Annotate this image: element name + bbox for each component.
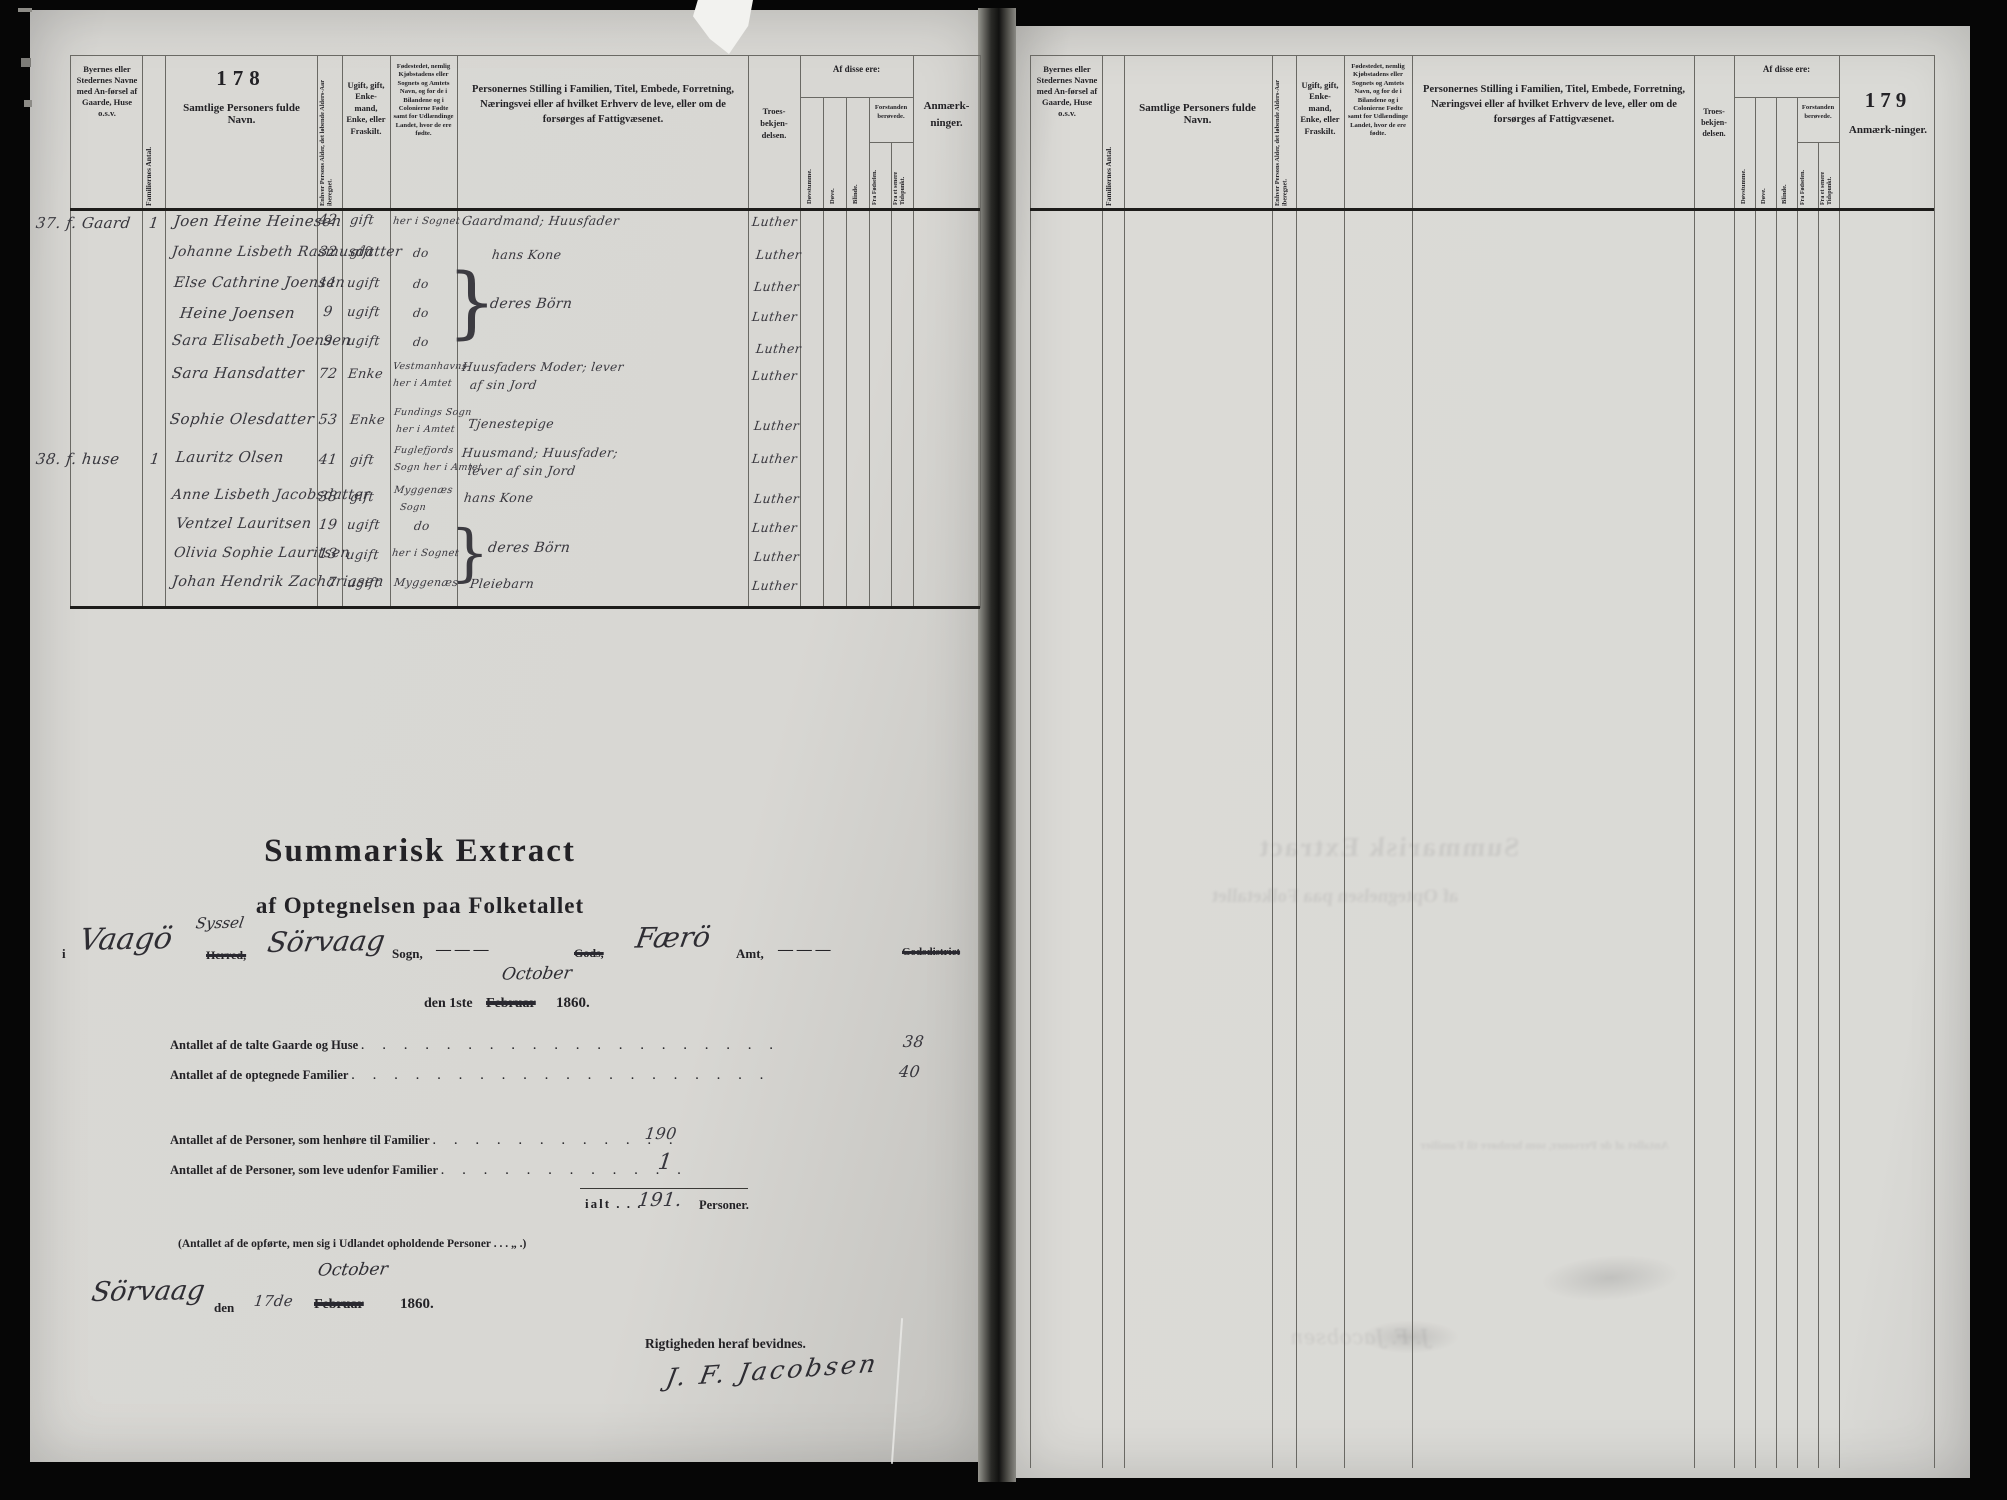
row-age: 72: [315, 366, 341, 382]
row-faith: Luther: [753, 549, 800, 564]
col-header-deaf-mute: Døvstumme.: [806, 106, 818, 204]
extract-herred-struck: Herred,: [206, 948, 246, 963]
row-status: gift: [349, 213, 375, 228]
row-birthplace-2: her i Amtet: [395, 424, 455, 435]
extract-dashes: — — —: [778, 942, 831, 959]
dotted-leader: . . . . . . . . . . . . . . . . . . . .: [352, 1070, 771, 1082]
row-status: gift: [349, 453, 375, 468]
extract-parish-handwritten: Sörvaag: [265, 924, 387, 959]
bleed-through-text: J. F. Jacobsen: [1289, 1325, 1430, 1349]
margin-mark: [18, 8, 32, 12]
right-page-paper: [1012, 26, 1970, 1478]
row-status: Enke: [347, 367, 384, 382]
row-status: ugift: [346, 576, 381, 591]
row-occupation-2: lever af sin Jord: [467, 463, 576, 478]
table-rule: [1272, 55, 1273, 1468]
extract-line-in-families-value: 190: [644, 1124, 678, 1143]
extract-total-label: ialt . . .: [585, 1196, 643, 1212]
table-rule: [1412, 55, 1413, 1468]
table-rule: [869, 97, 870, 608]
extract-date-prefix: den 1ste: [424, 996, 473, 1012]
col-header-names: Samtlige Personers fulde Navn.: [1126, 102, 1269, 126]
row-name: Sara Hansdatter: [171, 364, 305, 382]
bleed-through-text: af Optegnelsen paa Folketallet: [1211, 886, 1459, 908]
table-rule: [1797, 97, 1798, 1468]
col-header-deaf: Døve.: [829, 150, 841, 204]
row-location: 37. f. Gaard: [35, 214, 132, 232]
row-age: 42: [315, 212, 341, 228]
row-age: 9: [315, 304, 341, 320]
row-birthplace: do: [413, 519, 430, 533]
extract-date-year: 1860.: [556, 995, 590, 1012]
extract-gods-struck: Gods,: [574, 946, 604, 961]
row-occupation: Tjenestepige: [467, 416, 555, 431]
table-rule: [1030, 55, 1031, 1468]
extract-line-houses-value: 38: [902, 1032, 926, 1051]
signature-place: Sörvaag: [89, 1275, 207, 1308]
row-occupation: Huusfaders Moder; lever: [461, 360, 625, 374]
bleed-through-text: Antallet af de Personer, som henhøre til…: [1419, 1138, 1669, 1153]
table-rule: [980, 55, 981, 608]
table-header-rule: [1030, 208, 1934, 211]
row-name: Lauritz Olsen: [175, 448, 285, 466]
row-status: gift: [349, 245, 375, 260]
row-occupation-2: af sin Jord: [469, 378, 538, 392]
row-name: Anne Lisbeth Jacobsdatter: [171, 487, 371, 503]
col-header-age: Enhver Persons Alder, det løbende Alders…: [319, 58, 340, 206]
row-faith: Luther: [753, 491, 800, 506]
extract-line-families-value: 40: [898, 1062, 922, 1081]
row-age: 53: [315, 412, 341, 428]
margin-mark: [21, 58, 31, 67]
extract-date-month-above: October: [500, 963, 573, 984]
table-rule: [1102, 55, 1103, 1468]
table-rule: [1934, 55, 1935, 1468]
row-birthplace: Myggenæs: [393, 485, 453, 496]
extract-date-struck: Februar: [486, 996, 536, 1012]
row-status: ugift: [346, 276, 381, 291]
bleed-through-text: Summarisk Extract: [1257, 832, 1520, 863]
table-rule: [70, 55, 980, 56]
extract-line-outside-families-value: 1: [656, 1150, 673, 1175]
row-age: 11: [315, 275, 341, 291]
row-occupation: Pleiebarn: [469, 576, 535, 591]
table-rule: [1734, 97, 1839, 98]
col-header-faith: Troes-bekjen-delsen.: [1694, 106, 1734, 140]
signature-month-struck: Februar: [314, 1297, 364, 1313]
col-header-from-later: Fra et senere Tidspunkt.: [893, 148, 910, 205]
row-age: 13: [315, 546, 341, 562]
col-header-age: Enhver Persons Alder, det løbende Alders…: [1274, 58, 1295, 206]
table-bottom-rule: [70, 606, 980, 609]
row-faith: Luther: [753, 279, 800, 294]
extract-sogn-label: Sogn,: [392, 946, 423, 962]
row-status: ugift: [346, 518, 381, 533]
row-name: Ventzel Lauritsen: [175, 516, 312, 532]
extract-dashes: — — —: [436, 942, 489, 959]
extract-abroad-line: (Antallet af de opførte, men sig i Udlan…: [178, 1238, 526, 1250]
extract-line-outside-families-label: Antallet af de Personer, som leve udenfo…: [170, 1163, 438, 1177]
extract-subtitle: af Optegnelsen paa Folketallet: [180, 893, 660, 919]
extract-title: Summarisk Extract: [180, 833, 660, 870]
scan-smudge: [1539, 1250, 1682, 1306]
row-birthplace-2: her i Amtet: [392, 378, 452, 389]
table-rule: [1344, 55, 1345, 1468]
table-rule: [1694, 55, 1695, 1468]
table-rule: [342, 55, 343, 608]
row-age: 9: [315, 333, 341, 349]
col-header-birthplace: Fødestedet, nemlig Kjøbstadens eller Sog…: [392, 63, 455, 138]
dotted-leader: . . . . . . . . . . . .: [441, 1165, 688, 1177]
shared-occupation-children: deres Börn: [487, 540, 571, 556]
dotted-leader: . . . . . . . . . . . . . . . . . . . .: [361, 1040, 780, 1052]
row-age: 7: [319, 575, 345, 591]
row-age: 41: [315, 452, 341, 468]
signature-day: 17de: [253, 1292, 294, 1310]
row-birthplace: Myggenæs: [393, 576, 459, 589]
page-number-left: 178: [165, 66, 317, 91]
table-rule: [823, 97, 824, 608]
table-rule: [1734, 55, 1735, 1468]
extract-amt-handwritten: Færö: [633, 920, 713, 954]
row-name: Sophie Olesdatter: [169, 410, 315, 428]
col-header-remarks: Anmærk-ninger.: [915, 98, 978, 131]
row-status: Enke: [349, 413, 386, 428]
col-header-of-these: Af disse ere:: [800, 64, 913, 74]
row-faith: Luther: [751, 520, 798, 535]
table-rule: [1755, 97, 1756, 1468]
row-birthplace: Vestmanhavns: [392, 361, 467, 372]
table-rule: [748, 55, 749, 608]
col-header-family-count: Familiernes Antal.: [1105, 100, 1121, 206]
table-rule: [869, 142, 913, 143]
row-location: 38. f. huse: [35, 450, 121, 468]
binding-gutter: [978, 8, 1016, 1482]
row-occupation: hans Kone: [491, 247, 562, 262]
col-header-deaf: Døve.: [1760, 150, 1772, 204]
row-faith: Luther: [751, 309, 798, 324]
extract-line-families: Antallet af de optegnede Familier . . . …: [170, 1068, 910, 1083]
col-header-deaf-mute: Døvstumme.: [1740, 106, 1752, 204]
col-header-blind: Blinde.: [852, 142, 864, 204]
extract-line-in-families: Antallet af de Personer, som henhøre til…: [170, 1133, 690, 1148]
margin-mark: [24, 100, 32, 107]
row-occupation: hans Kone: [463, 490, 534, 505]
col-header-names: Samtlige Personers fulde Navn.: [168, 102, 315, 126]
row-age: 32: [315, 244, 341, 260]
table-rule: [1296, 55, 1297, 1468]
table-rule: [846, 97, 847, 608]
col-header-place: Byernes eller Stedernes Navne med An-før…: [76, 64, 138, 119]
extract-loc-prefix: i: [62, 946, 66, 962]
col-header-family-count: Familiernes Antal.: [145, 100, 161, 206]
row-occupation: Gaardmand; Huusfader: [461, 213, 620, 228]
extract-line-families-label: Antallet af de optegnede Familier: [170, 1068, 348, 1082]
table-rule: [1839, 55, 1840, 1468]
row-name: Heine Joensen: [179, 304, 296, 322]
row-faith: Luther: [751, 578, 798, 593]
extract-district-sup-handwritten: Syssel: [195, 914, 246, 933]
col-header-status: Ugift, gift, Enke-mand, Enke, eller Fras…: [344, 80, 388, 137]
extract-amt-label: Amt,: [736, 946, 764, 962]
col-header-remarks: Anmærk-ninger.: [1845, 122, 1931, 139]
col-header-of-these: Af disse ere:: [1734, 64, 1839, 74]
row-faith: Luther: [755, 341, 802, 356]
row-birthplace: her i Sognet: [392, 216, 461, 227]
row-birthplace: do: [412, 335, 429, 349]
table-rule: [913, 55, 914, 608]
row-faith: Luther: [751, 368, 798, 383]
table-rule: [70, 55, 71, 608]
row-status: gift: [349, 490, 375, 505]
table-rule: [800, 97, 913, 98]
table-rule: [165, 55, 166, 608]
table-rule: [1124, 55, 1125, 1468]
table-rule: [1776, 97, 1777, 1468]
extract-line-houses-label: Antallet af de talte Gaarde og Huse: [170, 1038, 358, 1052]
col-header-from-birth: Fra Fødselen.: [1800, 148, 1812, 205]
col-header-faith: Troes-bekjen-delsen.: [750, 106, 798, 142]
row-age: 38: [315, 489, 341, 505]
extract-line-houses: Antallet af de talte Gaarde og Huse . . …: [170, 1038, 910, 1053]
attestation-line: Rigtigheden heraf bevidnes.: [645, 1336, 806, 1352]
table-rule: [800, 55, 801, 608]
row-birthplace: do: [412, 246, 429, 260]
extract-total-suffix: Personer.: [699, 1198, 749, 1213]
row-faith: Luther: [753, 418, 800, 433]
col-header-from-later: Fra et senere Tidspunkt.: [1820, 148, 1837, 205]
col-header-from-birth: Fra Fødselen.: [872, 148, 884, 205]
col-header-mind-deprived: Forstanden berøvede.: [1797, 104, 1839, 121]
table-rule: [390, 55, 391, 608]
extract-total-value: 191.: [637, 1189, 684, 1211]
row-birthplace: do: [412, 306, 429, 320]
col-header-position: Personernes Stilling i Familien, Titel, …: [462, 82, 744, 128]
table-rule: [1818, 142, 1819, 1468]
row-birthplace: Fuglefjords: [393, 445, 454, 456]
row-age: 19: [315, 517, 341, 533]
page-number-right: 179: [1845, 88, 1931, 113]
census-document-scan: Byernes eller Stedernes Navne med An-før…: [0, 0, 2007, 1500]
signature-month-above: October: [316, 1259, 389, 1280]
col-header-blind: Blinde.: [1781, 142, 1793, 204]
col-header-position: Personernes Stilling i Familien, Titel, …: [1418, 82, 1690, 128]
shared-occupation-children: deres Börn: [489, 296, 573, 312]
signature-den-label: den: [214, 1300, 234, 1316]
table-rule: [142, 55, 143, 608]
table-rule: [1797, 142, 1839, 143]
row-status: ugift: [346, 305, 381, 320]
col-header-birthplace: Fødestedet, nemlig Kjøbstadens eller Sog…: [1346, 63, 1410, 138]
row-faith: Luther: [751, 214, 798, 229]
extract-godsdistrict-struck: Godsdistrict: [902, 946, 960, 958]
table-rule: [891, 142, 892, 608]
row-status: ugift: [346, 334, 381, 349]
extract-line-in-families-label: Antallet af de Personer, som henhøre til…: [170, 1133, 430, 1147]
row-faith: Luther: [755, 247, 802, 262]
row-status: ugift: [345, 548, 380, 563]
row-birthplace-2: Sogn: [399, 502, 426, 513]
extract-line-outside-families: Antallet af de Personer, som leve udenfo…: [170, 1163, 690, 1178]
row-birthplace: Fundings Sogn: [393, 407, 472, 418]
col-header-mind-deprived: Forstanden berøvede.: [869, 104, 913, 121]
table-rule: [1030, 55, 1934, 56]
extract-district-handwritten: Vaagö: [77, 921, 175, 958]
row-occupation: Huusmand; Huusfader;: [461, 445, 619, 460]
col-header-status: Ugift, gift, Enke-mand, Enke, eller Fras…: [1298, 80, 1342, 137]
col-header-place: Byernes eller Stedernes Navne med An-før…: [1036, 64, 1098, 119]
row-faith: Luther: [751, 451, 798, 466]
table-header-rule: [70, 208, 980, 211]
signature-year: 1860.: [400, 1296, 434, 1313]
row-birthplace: do: [412, 277, 429, 291]
